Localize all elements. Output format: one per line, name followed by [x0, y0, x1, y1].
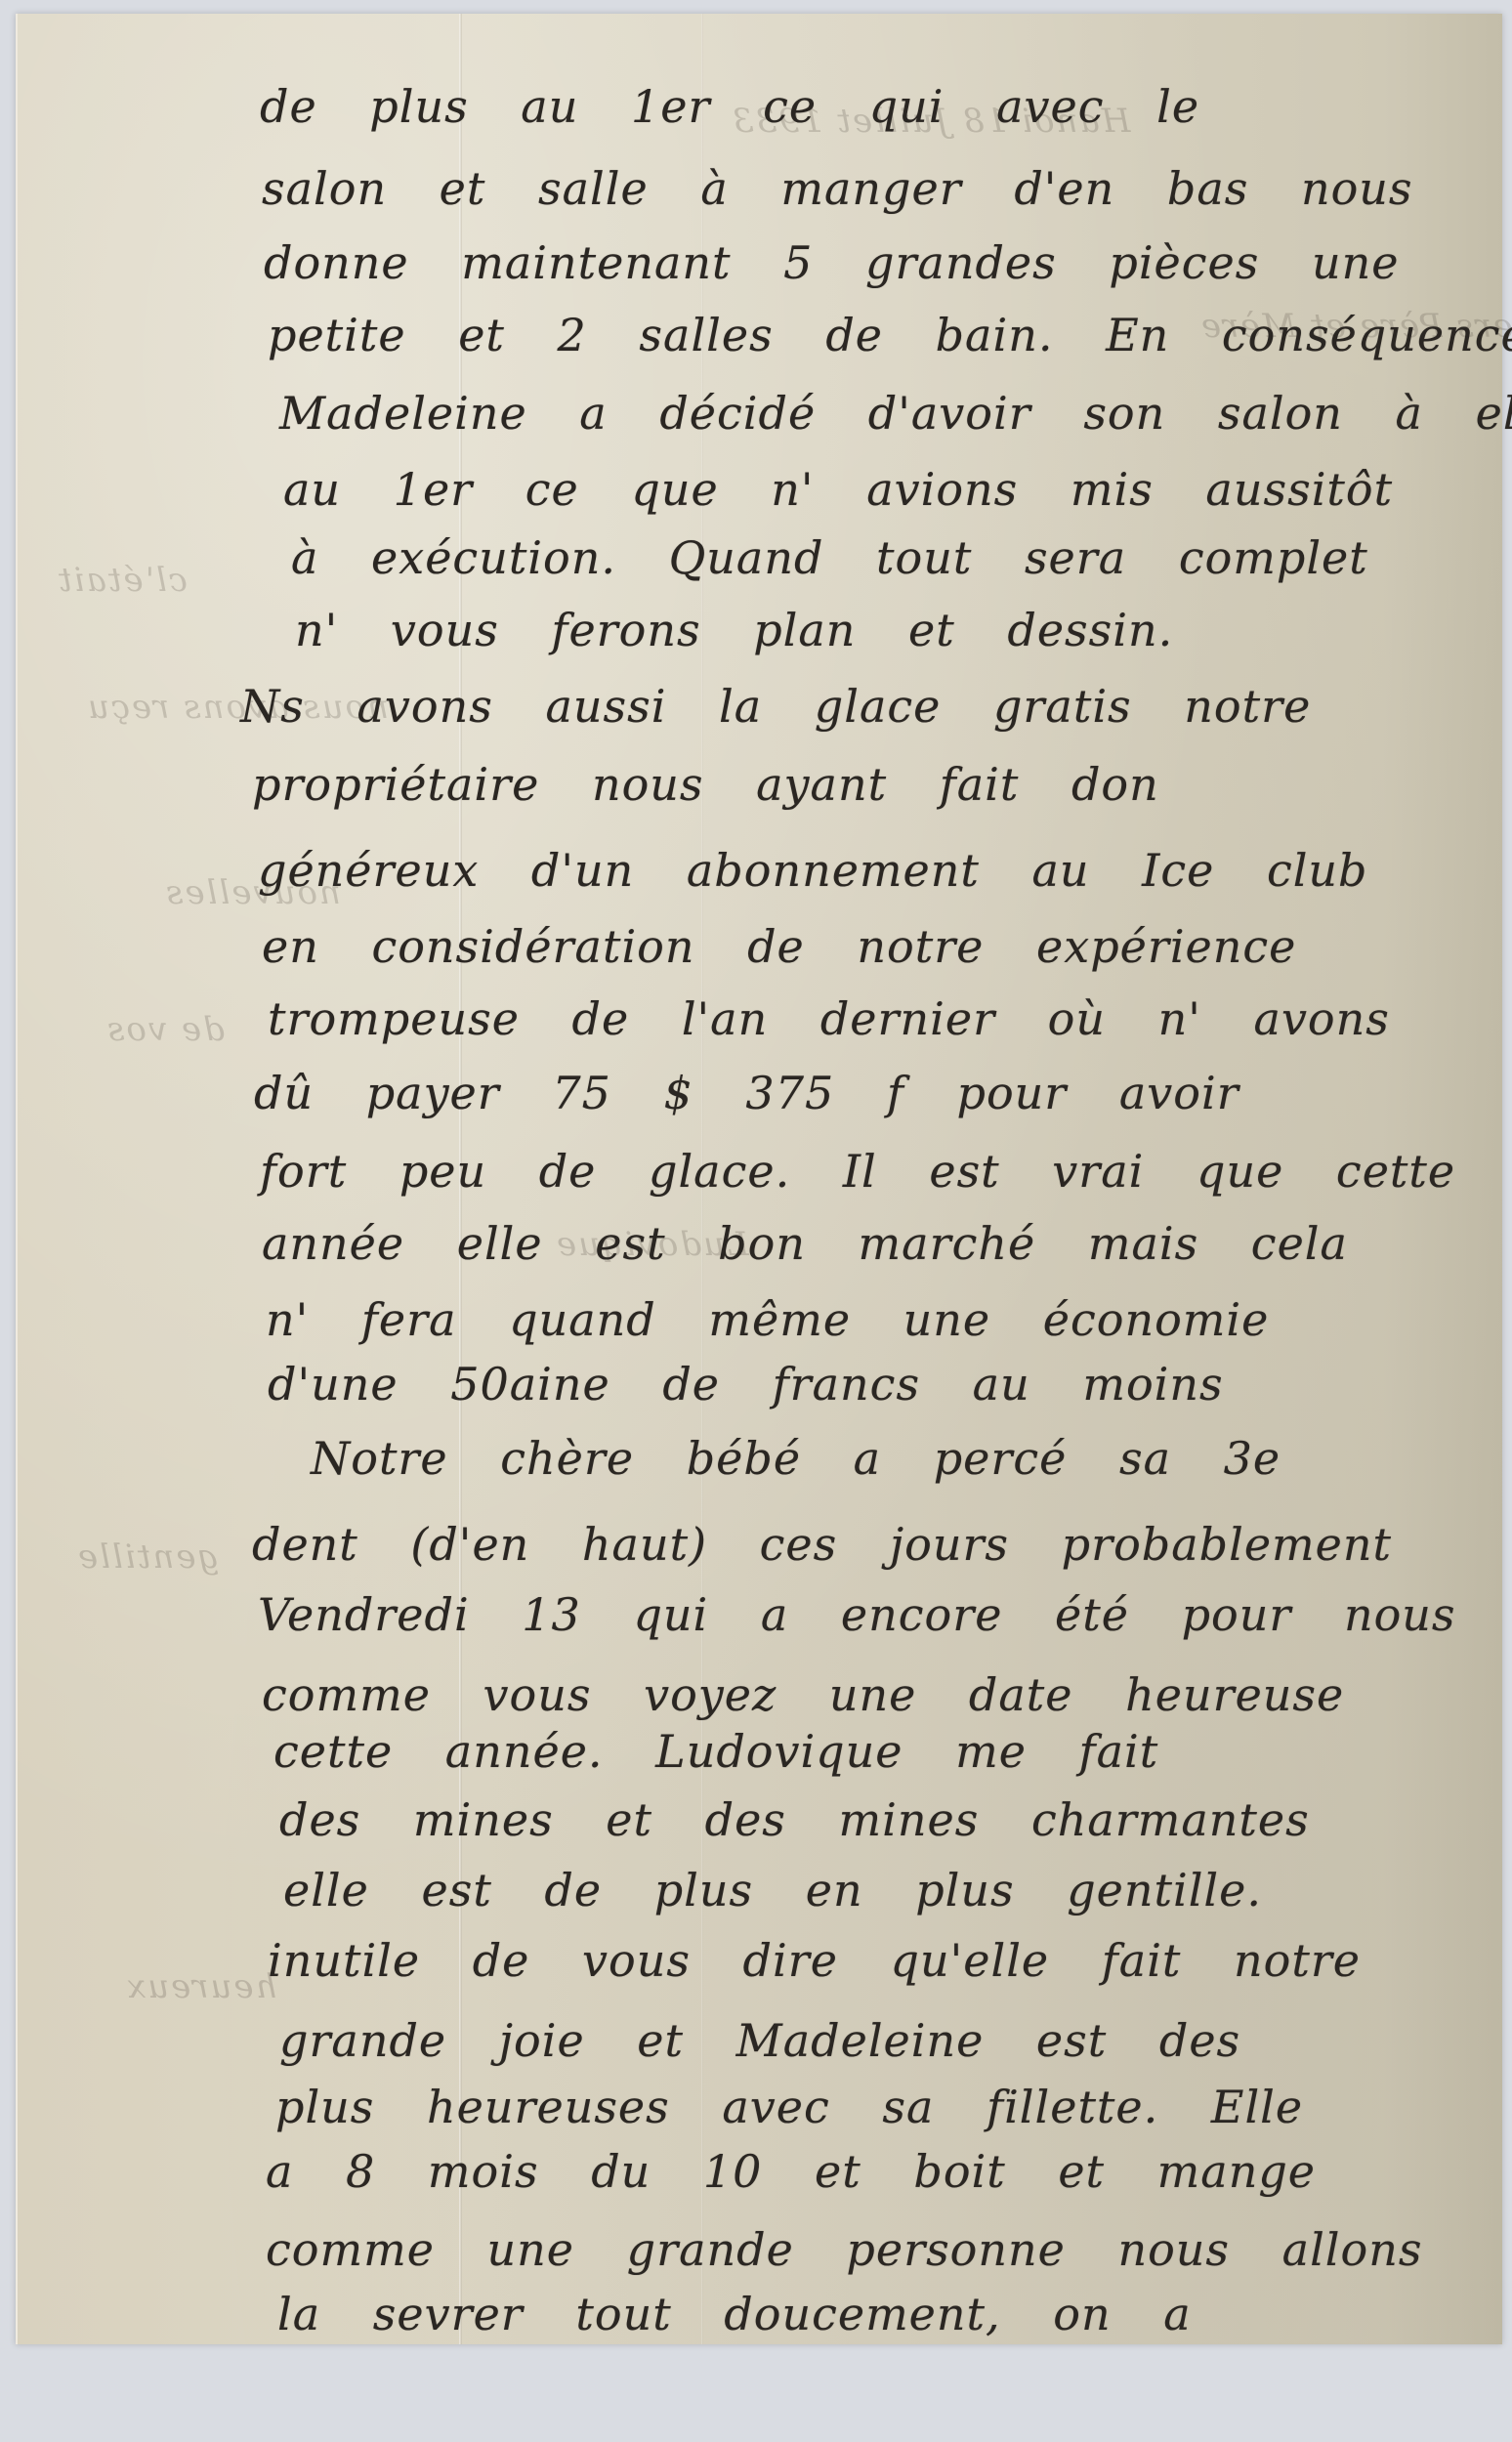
letter-line: n' fera quand même une économie	[266, 1293, 1269, 1346]
letter-line: dû payer 75 $ 375 f pour avoir	[254, 1067, 1239, 1119]
letter-line: au 1er ce que n' avions mis aussitôt	[283, 463, 1393, 516]
letter-line: propriétaire nous ayant fait don	[252, 758, 1159, 811]
letter-line: trompeuse de l'an dernier où n' avons	[268, 992, 1390, 1045]
letter-line: cette année. Ludovique me fait	[273, 1725, 1158, 1778]
letter-body: de plus au 1er ce qui avec le salon et s…	[18, 14, 1502, 2344]
letter-line: année elle est bon marché mais cela	[262, 1217, 1348, 1270]
letter-line: inutile de vous dire qu'elle fait notre	[268, 1934, 1361, 1987]
letter-line: donne maintenant 5 grandes pièces une	[264, 236, 1399, 289]
letter-line: comme une grande personne nous allons	[266, 2223, 1422, 2276]
letter-line: généreux d'un abonnement au Ice club	[258, 844, 1368, 897]
letter-line: fort peu de glace. Il est vrai que cette	[260, 1145, 1455, 1198]
letter-line: elle est de plus en plus gentille.	[283, 1864, 1262, 1916]
letter-line: petite et 2 salles de bain. En conséquen…	[268, 309, 1512, 361]
letter-line: n' vous ferons plan et dessin.	[295, 604, 1173, 656]
letter-line: en considération de notre expérience	[262, 920, 1296, 973]
letter-line: plus heureuses avec sa fillette. Elle	[275, 2081, 1303, 2133]
letter-line: Ns avons aussi la glace gratis notre	[240, 680, 1311, 733]
letter-line: grande joie et Madeleine est des	[279, 2014, 1240, 2067]
letter-line: salon et salle à manger d'en bas nous	[262, 162, 1413, 215]
letter-line: d'une 50aine de francs au moins	[268, 1358, 1224, 1410]
letter-line: a 8 mois du 10 et boit et mange	[266, 2145, 1316, 2198]
letter-line: Madeleine a décidé d'avoir son salon à e…	[279, 387, 1512, 440]
letter-line: Vendredi 13 qui a encore été pour nous	[258, 1588, 1456, 1641]
letter-line: Notre chère bébé a percé sa 3e	[311, 1432, 1281, 1485]
letter-line: des mines et des mines charmantes	[279, 1793, 1310, 1846]
letter-line: la sevrer tout doucement, on a	[277, 2288, 1192, 2340]
letter-line: de plus au 1er ce qui avec le	[260, 80, 1199, 133]
letter-line: dent (d'en haut) ces jours probablement	[252, 1518, 1392, 1571]
letter-line: à exécution. Quand tout sera complet	[291, 531, 1368, 584]
letter-line: comme vous voyez une date heureuse	[262, 1668, 1344, 1721]
letter-paper: Hanoi 18 Juillet 1933 Chers Père et Mère…	[16, 14, 1502, 2344]
